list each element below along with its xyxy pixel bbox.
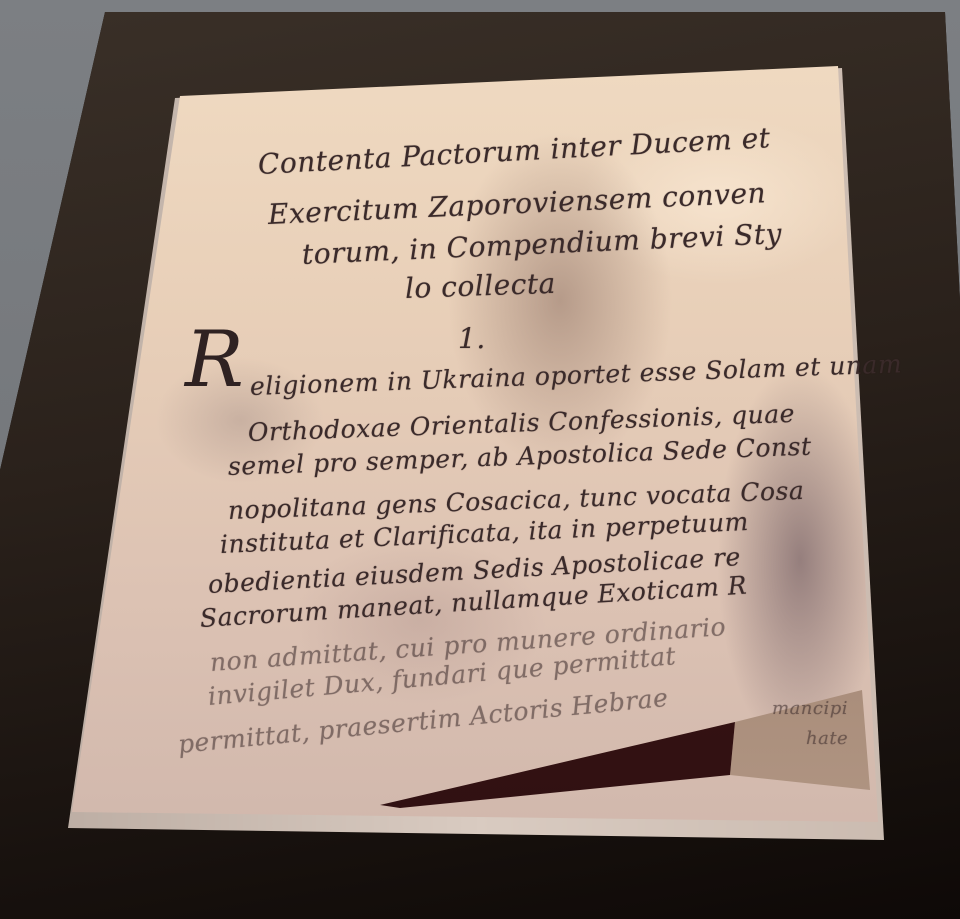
heading-line-1: Contenta Pactorum inter Ducem et bbox=[257, 121, 771, 181]
curl-fragment-2: hate bbox=[806, 728, 848, 749]
manuscript-text: Contenta Pactorum inter Ducem et Exercit… bbox=[0, 0, 960, 919]
heading-line-4: lo collecta bbox=[404, 267, 556, 305]
curl-fragment-1: mancipi bbox=[772, 698, 848, 719]
exhibition-photo: Contenta Pactorum inter Ducem et Exercit… bbox=[0, 0, 960, 919]
body-line-1: eligionem in Ukraina oportet esse Solam … bbox=[249, 349, 902, 401]
section-number: 1. bbox=[458, 322, 486, 355]
decorated-initial: R bbox=[185, 315, 244, 405]
